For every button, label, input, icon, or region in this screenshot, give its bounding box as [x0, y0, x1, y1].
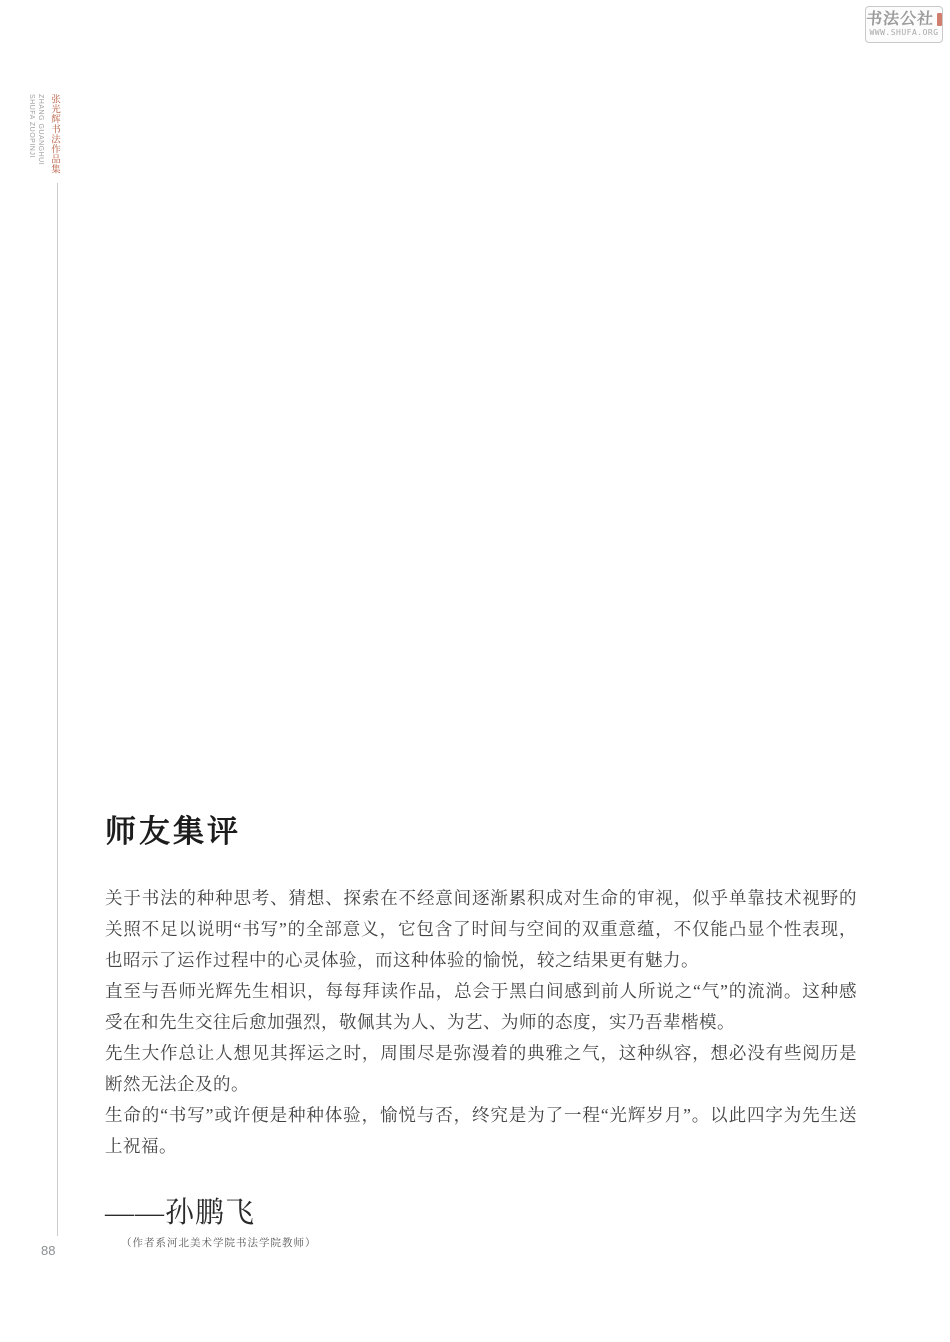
watermark-site-name: 书法公社: [866, 12, 935, 28]
article-title: 师友集评: [105, 810, 857, 854]
article-paragraph: 生命的“书写”或许便是种种体验，愉悦与否，终究是为了一程“光辉岁月”。以此四字为…: [105, 1100, 857, 1162]
margin-rule-line: [57, 183, 58, 1236]
article: 师友集评 关于书法的种种思考、猜想、探索在不经意间逐渐累积成对生命的审视，似乎单…: [105, 810, 857, 1250]
spine-pinyin-line1: ZHANG GUANGHUI: [37, 94, 44, 165]
author-signature: ——孙鹏飞: [105, 1196, 857, 1230]
spine-branding: ZHANG GUANGHUISHUFA ZUOPINJI 张光辉书法作品集: [27, 94, 60, 174]
spine-title: 张光辉书法作品集: [48, 94, 60, 174]
article-paragraph: 直至与吾师光辉先生相识，每每拜读作品，总会于黑白间感到前人所说之“气”的流淌。这…: [105, 976, 857, 1038]
seal-icon: [937, 13, 942, 26]
article-paragraph: 关于书法的种种思考、猜想、探索在不经意间逐渐累积成对生命的审视，似乎单靠技术视野…: [105, 883, 857, 976]
shufa-watermark-badge: 书法公社 WWW.SHUFA.ORG: [865, 6, 943, 43]
spine-pinyin-line2: SHUFA ZUOPINJI: [28, 94, 35, 158]
author-signature-note: （作者系河北美术学院书法学院教师）: [121, 1235, 857, 1250]
spine-pinyin: ZHANG GUANGHUISHUFA ZUOPINJI: [27, 94, 45, 174]
article-paragraph: 先生大作总让人想见其挥运之时，周围尽是弥漫着的典雅之气，这种纵容，想必没有些阅历…: [105, 1038, 857, 1100]
page-number: 88: [41, 1243, 55, 1258]
watermark-site-url: WWW.SHUFA.ORG: [869, 28, 938, 38]
scanned-book-page: 书法公社 WWW.SHUFA.ORG ZHANG GUANGHUISHUFA Z…: [0, 0, 950, 1342]
